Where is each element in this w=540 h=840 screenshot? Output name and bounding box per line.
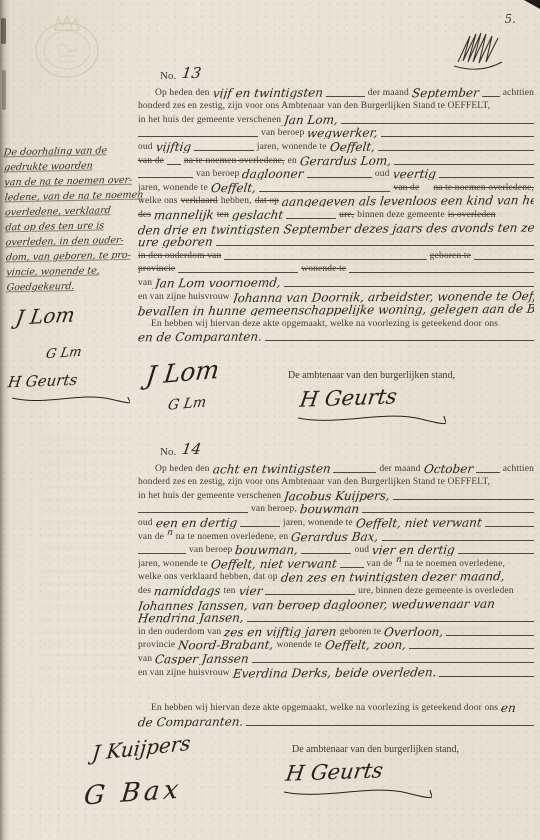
form-line: jaren, wonende teOeffelt,van dena te noe… xyxy=(138,180,534,194)
form-line: honderd zes en zestig, zijn voor ons Amb… xyxy=(138,475,534,489)
rule-line xyxy=(259,191,391,192)
form-line: provinciewonende te xyxy=(138,262,534,276)
rule-line xyxy=(252,662,534,663)
record-number: No. 14 xyxy=(138,436,534,458)
signature-comparant-jan-lom: J Lom xyxy=(144,355,221,391)
signature-flourish xyxy=(282,784,432,800)
form-line: En hebben wij hiervan deze akte opgemaak… xyxy=(138,316,534,330)
printed-text-struck: wonende te xyxy=(301,264,346,275)
printed-text: welke ons verklaard hebben, dat op xyxy=(138,572,278,583)
handwritten-text: wegwerker, xyxy=(307,127,379,139)
printed-text: En hebben wij hiervan deze akte opgemaak… xyxy=(151,703,498,714)
rule-line xyxy=(224,259,426,260)
handwritten-text: Johanna van Doornik, arbeidster, wonende… xyxy=(232,289,534,302)
printed-text: binnen deze gemeente xyxy=(357,210,444,221)
printed-text-struck: des xyxy=(138,210,151,221)
printed-text: hebben, xyxy=(221,196,252,207)
record-13-lines: Op heden denvijf en twintigstender maand… xyxy=(138,85,534,343)
form-line: van dena te noemen overledene,enGerardus… xyxy=(138,153,534,167)
printed-text: in den ouderdom van xyxy=(138,627,221,638)
handwritten-text: vijftig xyxy=(155,141,192,153)
printed-text: van beroep, xyxy=(251,504,297,515)
binding-ink-blob xyxy=(1,18,6,44)
handwritten-insert: n xyxy=(395,556,402,565)
printed-text: van xyxy=(138,654,152,665)
rule-line xyxy=(378,150,534,151)
form-line: desnamiddagstenvierure, binnen deze geme… xyxy=(138,583,534,597)
printed-text: provincie xyxy=(138,640,175,651)
record-14-lines: Op heden denacht en twintigstender maand… xyxy=(138,461,534,728)
rule-line xyxy=(382,540,535,541)
form-line: ure geboren xyxy=(138,235,534,249)
printed-text-struck: verklaard xyxy=(181,196,218,207)
printed-text-struck: van de xyxy=(138,156,164,167)
form-line: desmannelijktengeslachture,binnen deze g… xyxy=(138,207,534,221)
handwritten-text: geslacht xyxy=(231,209,284,221)
form-line: van beroepbouwman,oudvier en dertig xyxy=(138,543,534,557)
form-line: en de Comparanten. xyxy=(138,330,534,344)
handwritten-text: de Comparanten. xyxy=(138,715,244,727)
handwritten-text: Jan Lom, xyxy=(284,114,339,126)
form-line: in het huis der gemeente verschenenJan L… xyxy=(138,112,534,126)
form-line: in den ouderdom vanzes en vijftig jareng… xyxy=(138,624,534,638)
page-corner-mark xyxy=(524,0,540,9)
handwritten-text: Oeffelt, xyxy=(210,182,256,194)
printed-text: van de xyxy=(367,559,393,570)
handwritten-text: Gerardus Bax, xyxy=(291,530,380,542)
signature-comparant-gerardus-lom: G Lm xyxy=(167,394,208,414)
rule-line xyxy=(393,499,534,500)
printed-text: ure, binnen deze gemeente is overleden xyxy=(358,586,514,597)
margin-signature-g-lm: G Lm xyxy=(45,345,83,363)
official-title-label: De ambtenaar van den burgerlijken stand, xyxy=(292,744,459,755)
printed-text-struck: na te noemen overledene, xyxy=(184,156,285,167)
handwritten-text: Noord-Brabant, xyxy=(177,639,274,651)
signature-official-geurts: H Geurts xyxy=(298,384,398,412)
printed-text: jaren, wonende te xyxy=(257,142,327,153)
handwritten-text: den zes en twintigsten dezer maand, xyxy=(280,571,505,584)
rule-line xyxy=(167,164,181,165)
handwritten-text: den drie en twintigsten September dezes … xyxy=(138,221,534,234)
bleed-through-texture xyxy=(40,430,130,690)
handwritten-text: vier en dertig xyxy=(371,544,455,556)
record-number: No. 13 xyxy=(138,60,534,82)
margin-note-line: Goedgekeurd. xyxy=(6,280,139,298)
handwritten-text: en xyxy=(500,702,516,714)
death-record-14: No. 14 Op heden denacht en twintigstende… xyxy=(138,436,534,728)
printed-text: van xyxy=(138,278,152,289)
form-line: vanJan Lom voornoemd, xyxy=(138,275,534,289)
margin-annotation-lines: De doorhaling van degedrukte woordenvan … xyxy=(3,145,138,298)
rule-line xyxy=(138,553,186,554)
rule-line xyxy=(138,512,248,513)
printed-text-struck: is overleden xyxy=(448,210,496,221)
form-line: Op heden denvijf en twintigstender maand… xyxy=(138,85,534,99)
handwritten-text: en de Comparanten. xyxy=(138,331,263,343)
signature-comparant-bax: G Bax xyxy=(83,774,184,811)
rule-line xyxy=(409,648,534,649)
margin-signature-geurts: H Geurts xyxy=(7,371,79,392)
form-line: van beroepdaglooneroudveertig xyxy=(138,167,534,181)
printed-text: oud xyxy=(375,169,390,180)
printed-text: van de xyxy=(138,532,164,543)
handwritten-text: Johannes Janssen, van beroep daglooner, … xyxy=(138,597,496,610)
printed-text: achttien xyxy=(503,464,534,475)
rule-line xyxy=(286,218,336,219)
scanned-register-page: { "page": { "number": "5." }, "icons": {… xyxy=(0,0,540,840)
rule-line xyxy=(394,164,534,165)
handwritten-text: daglooner xyxy=(242,168,305,180)
form-line: provincieNoord-Brabant,wonende teOeffelt… xyxy=(138,638,534,652)
handwritten-text: Oeffelt, xyxy=(329,141,375,153)
form-line: Johannes Janssen, van beroep daglooner, … xyxy=(138,597,534,611)
handwritten-text: September xyxy=(411,86,479,98)
printed-text: achttien xyxy=(503,88,534,99)
form-line: honderd zes en zestig, zijn voor ons Amb… xyxy=(138,99,534,113)
rule-line xyxy=(240,526,280,527)
printed-text: honderd zes en zestig, zijn voor ons Amb… xyxy=(138,101,490,112)
form-line: welke ons verklaard hebben, dat opden ze… xyxy=(138,570,534,584)
handwritten-text: Everdina Derks, beide overleden. xyxy=(232,666,437,679)
record-number-value: 13 xyxy=(181,64,203,82)
handwritten-text: Casper Janssen xyxy=(154,653,249,665)
margin-signature-lom: J Lom xyxy=(14,302,76,329)
handwritten-text: Oeffelt, zoon, xyxy=(324,639,407,651)
rule-line xyxy=(381,136,534,137)
handwritten-text: Jan Lom voornoemd, xyxy=(154,276,281,288)
printed-text: wonende te xyxy=(277,640,322,651)
printed-text: en xyxy=(288,156,297,167)
rule-line xyxy=(340,567,364,568)
rule-line xyxy=(301,553,351,554)
printed-text-struck: van de xyxy=(393,183,419,194)
handwritten-text: bevallen in hunne gemeenschappelijke won… xyxy=(138,303,534,316)
printed-text: geboren te xyxy=(340,627,381,638)
printed-text: jaren, wonende te xyxy=(138,183,208,194)
printed-text: ten xyxy=(224,586,236,597)
handwritten-text: acht en twintigsten xyxy=(212,462,331,474)
binding-ink-blob xyxy=(2,70,6,110)
rule-line xyxy=(333,472,376,473)
handwritten-text: veertig xyxy=(392,168,436,180)
printed-text: des xyxy=(138,586,151,597)
handwritten-text: mannelijk xyxy=(153,209,214,221)
death-record-13: No. 13 Op heden denvijf en twintigstende… xyxy=(138,60,534,343)
signature-comparant-kuijpers: J Kuijpers xyxy=(91,731,192,766)
printed-text: in het huis der gemeente verschenen xyxy=(138,115,281,126)
printed-text: der maand xyxy=(379,464,420,475)
rule-line xyxy=(362,512,534,513)
rule-line xyxy=(476,472,500,473)
form-line: van beroepwegwerker, xyxy=(138,126,534,140)
handwritten-text: ure geboren xyxy=(138,236,213,248)
printed-text: en van zijne huisvrouw xyxy=(138,292,230,303)
printed-text: der maand xyxy=(368,88,409,99)
rule-line xyxy=(349,272,534,273)
printed-text: Op heden den xyxy=(155,464,210,475)
rule-line xyxy=(138,177,193,178)
printed-text: jaren, wonende te xyxy=(283,518,353,529)
signature-official-geurts: H Geurts xyxy=(284,758,384,786)
rule-line xyxy=(178,272,298,273)
printed-text: jaren, wonende te xyxy=(138,559,208,570)
printed-text-struck: provincie xyxy=(138,264,175,275)
handwritten-text: Oeffelt, niet verwant xyxy=(210,557,337,569)
rule-line xyxy=(439,177,534,178)
form-line: oudvijftigjaren, wonende teOeffelt, xyxy=(138,139,534,153)
printed-text: na te noemen overledene, en xyxy=(176,532,288,543)
form-line: En hebben wij hiervan deze akte opgemaak… xyxy=(138,701,534,715)
rule-line xyxy=(326,96,365,97)
handwritten-text: October xyxy=(423,462,474,474)
form-line: de Comparanten. xyxy=(138,714,534,728)
rule-line xyxy=(446,635,534,636)
rule-line xyxy=(307,177,372,178)
handwritten-text: namiddags xyxy=(153,585,221,597)
record-number-value: 14 xyxy=(181,440,203,458)
form-line: bevallen in hunne gemeenschappelijke won… xyxy=(138,303,534,317)
form-line: Hendrina Jansen, xyxy=(138,611,534,625)
embossed-crown-seal-icon xyxy=(24,8,110,82)
printed-text: oud xyxy=(354,545,369,556)
binding-edge-shadow xyxy=(0,0,10,840)
printed-text-struck: geboren te xyxy=(430,251,471,262)
rule-line xyxy=(482,96,500,97)
printed-text: van beroep xyxy=(196,169,239,180)
printed-text: oud xyxy=(138,518,153,529)
margin-annotation: De doorhaling van degedrukte woordenvan … xyxy=(3,145,138,298)
rule-line xyxy=(474,259,534,260)
handwritten-text: Oeffelt, niet verwant xyxy=(355,517,482,529)
handwritten-text: Jacobus Kuijpers, xyxy=(283,489,390,501)
handwritten-text: vier xyxy=(238,585,263,597)
rule-line xyxy=(138,136,258,137)
handwritten-text: bouwman xyxy=(299,503,360,515)
handwritten-text: een en dertig xyxy=(155,517,238,529)
printed-text-struck: ure, xyxy=(339,210,354,221)
form-line: oudeen en dertigjaren, wonende teOeffelt… xyxy=(138,515,534,529)
record-number-label: No. xyxy=(160,70,176,82)
printed-text: van beroep xyxy=(261,128,304,139)
handwritten-insert: n xyxy=(166,529,173,538)
form-line: jaren, wonende teOeffelt, niet verwantva… xyxy=(138,556,534,570)
rule-line xyxy=(341,123,534,124)
rule-line xyxy=(284,286,534,287)
handwritten-text: Overloon, xyxy=(383,626,444,638)
printed-text: oud xyxy=(138,142,153,153)
printed-text: welke ons xyxy=(138,196,178,207)
form-line xyxy=(138,679,534,701)
rule-line xyxy=(194,150,254,151)
printed-text: Op heden den xyxy=(155,88,210,99)
form-line: den drie en twintigsten September dezes … xyxy=(138,221,534,235)
printed-text-struck: dat op xyxy=(255,196,279,207)
handwritten-text: Gerardus Lom, xyxy=(299,154,392,166)
rule-line xyxy=(265,594,355,595)
form-line: in het huis der gemeente verschenenJacob… xyxy=(138,488,534,502)
handwritten-text: bouwman, xyxy=(235,544,299,556)
page-number: 5. xyxy=(505,12,516,26)
form-line: Op heden denacht en twintigstender maand… xyxy=(138,461,534,475)
handwritten-text: aangegeven als levenloos een kind van he… xyxy=(281,194,534,207)
printed-text: en van zijne huisvrouw xyxy=(138,668,230,679)
form-line: vanCasper Janssen xyxy=(138,651,534,665)
printed-text: van beroep xyxy=(189,545,232,556)
printed-text-struck: na te noemen overledene, xyxy=(433,183,534,194)
handwritten-text: Hendrina Jansen, xyxy=(138,612,244,624)
handwritten-text: vijf en twintigsten xyxy=(212,86,324,98)
handwritten-text: zes en vijftig jaren xyxy=(224,625,338,637)
rule-line xyxy=(439,676,534,677)
printed-text: na te noemen overledene, xyxy=(404,559,505,570)
form-line: en van zijne huisvrouwJohanna van Doorni… xyxy=(138,289,534,303)
printed-text: honderd zes en zestig, zijn voor ons Amb… xyxy=(138,477,490,488)
form-line: in den ouderdom vangeboren te xyxy=(138,248,534,262)
form-line: van denna te noemen overledene, enGerard… xyxy=(138,529,534,543)
rule-line xyxy=(216,245,534,246)
rule-line xyxy=(246,725,534,726)
form-line: welke onsverklaardhebben,dat opaangegeve… xyxy=(138,194,534,208)
printed-text: in het huis der gemeente verschenen xyxy=(138,491,281,502)
rule-line xyxy=(485,526,534,527)
rule-line xyxy=(265,340,534,341)
printed-text-struck: in den ouderdom van xyxy=(138,251,221,262)
record-number-label: No. xyxy=(160,446,176,458)
official-title-label: De ambtenaar van den burgerlijken stand, xyxy=(288,370,455,381)
form-line: van beroep,bouwman xyxy=(138,502,534,516)
rule-line xyxy=(247,621,534,622)
printed-text: En hebben wij hiervan deze akte opgemaak… xyxy=(151,319,498,330)
form-line: en van zijne huisvrouwEverdina Derks, be… xyxy=(138,665,534,679)
printed-text-struck: ten xyxy=(217,210,229,221)
signature-flourish xyxy=(296,410,446,426)
rule-line xyxy=(458,553,534,554)
signature-flourish xyxy=(10,392,130,406)
